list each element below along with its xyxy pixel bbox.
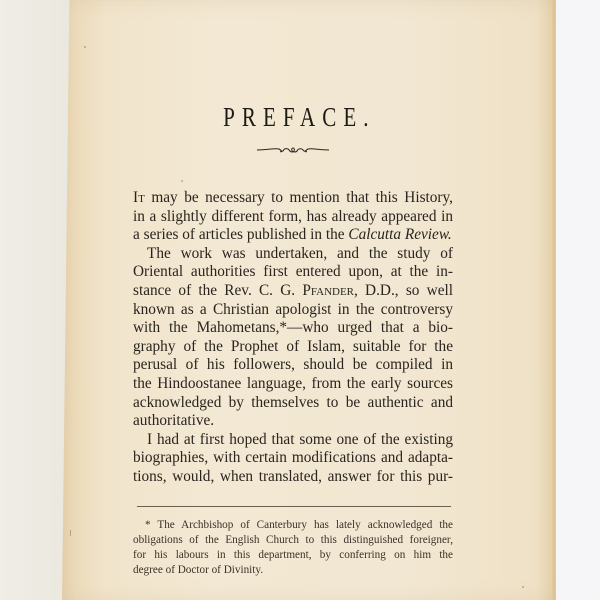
footnote-line: for his labours in this department, by c…	[133, 548, 453, 563]
text-line: a series of articles published in the Ca…	[133, 226, 453, 245]
text-span: a series of articles published in the	[133, 226, 348, 243]
text-line: acknowledged by themselves to be authent…	[133, 394, 453, 413]
page-edge	[552, 0, 555, 600]
footnote-line: obligations of the English Church to thi…	[133, 533, 453, 548]
text-line: stance of the Rev. C. G. Pfander, D.D., …	[133, 282, 453, 301]
paper-speck	[181, 180, 183, 182]
background-surface-right	[554, 0, 600, 600]
footnote-line: degree of Doctor of Divinity.	[133, 563, 453, 578]
small-caps-name: Pfander	[302, 282, 354, 299]
text-line: graphy of the Prophet of Islam, suitable…	[133, 338, 453, 357]
italic-title: Calcutta Review.	[348, 226, 451, 243]
text-line: known as a Christian apologist in the co…	[133, 301, 453, 320]
background-surface-left	[0, 0, 70, 600]
footnote-line: * The Archbishop of Canterbury has latel…	[133, 518, 453, 533]
text-line: It may be necessary to mention that this…	[133, 189, 453, 208]
text-span: may be necessary to mention that this Hi…	[145, 189, 453, 206]
text-line: in a slightly different form, has alread…	[133, 208, 453, 227]
text-line: Oriental authorities first entered upon,…	[133, 263, 453, 282]
paper-speck	[522, 586, 524, 588]
flourish-ornament-icon	[255, 143, 331, 157]
text-span: stance of the Rev. C. G.	[133, 282, 302, 299]
text-line: I had at first hoped that some one of th…	[133, 431, 453, 450]
text-line: the Hindoostanee language, from the earl…	[133, 375, 453, 394]
text-line: perusal of his followers, should be comp…	[133, 356, 453, 375]
paper-speck	[70, 530, 71, 536]
paragraph-1: It may be necessary to mention that this…	[133, 189, 453, 245]
preface-body: It may be necessary to mention that this…	[133, 189, 453, 487]
paragraph-2: The work was undertaken, and the study o…	[133, 245, 453, 431]
small-caps-word: It	[133, 189, 145, 206]
text-line: tions, would, when translated, answer fo…	[133, 468, 453, 487]
footnote-rule	[137, 506, 451, 507]
paragraph-3: I had at first hoped that some one of th…	[133, 431, 453, 487]
text-line: with the Mahometans,*—who urged that a b…	[133, 319, 453, 338]
text-line: The work was undertaken, and the study o…	[133, 245, 453, 264]
footnote: * The Archbishop of Canterbury has latel…	[133, 518, 453, 578]
text-line: biographies, with certain modifications …	[133, 449, 453, 468]
text-span: , D.D., so well	[354, 282, 453, 299]
text-line: authoritative.	[133, 412, 453, 431]
page-title: PREFACE.	[65, 102, 533, 133]
paper-speck	[84, 46, 86, 48]
